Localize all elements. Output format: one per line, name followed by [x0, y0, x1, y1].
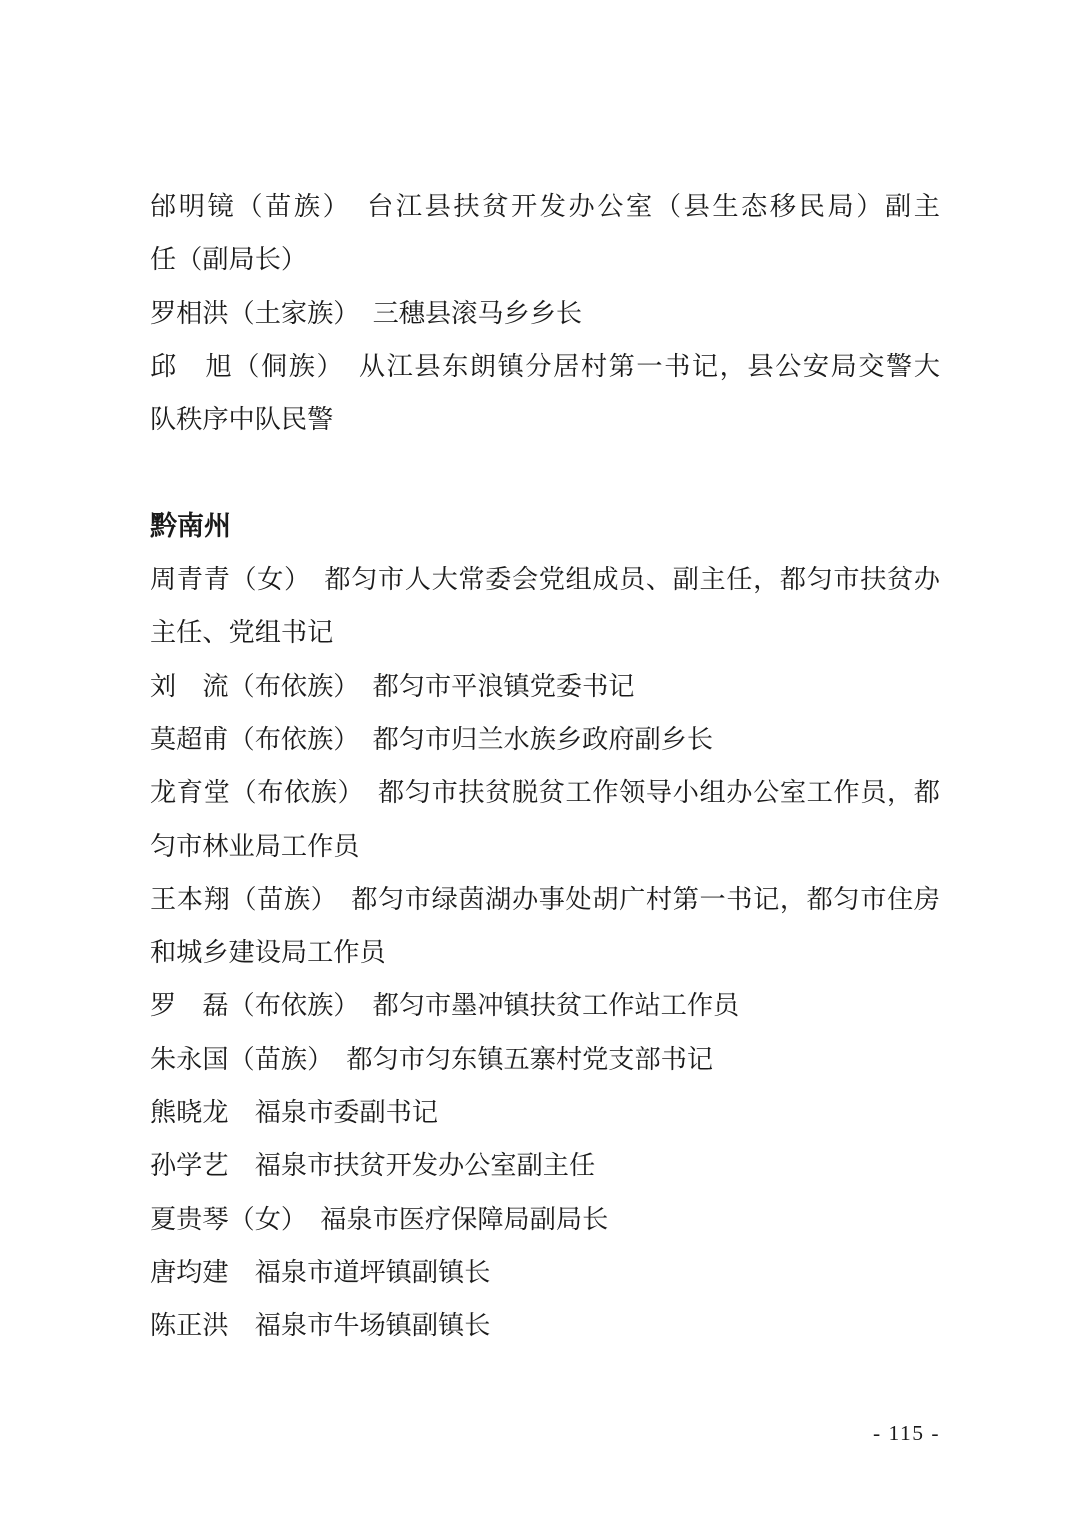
entry-line: 和城乡建设局工作员 [150, 926, 940, 979]
entry-line: 夏贵琴（女） 福泉市医疗保障局副局长 [150, 1193, 940, 1246]
section-heading: 黔南州 [150, 500, 940, 553]
list-entry: 邰明镜（苗族） 台江县扶贫开发办公室（县生态移民局）副主任（副局长） [150, 180, 940, 287]
entry-line: 孙学艺 福泉市扶贫开发办公室副主任 [150, 1139, 940, 1192]
entry-line: 刘 流（布依族） 都匀市平浪镇党委书记 [150, 660, 940, 713]
list-entry: 罗相洪（土家族） 三穗县滚马乡乡长 [150, 287, 940, 340]
list-entry: 邱 旭（侗族） 从江县东朗镇分居村第一书记，县公安局交警大队秩序中队民警 [150, 340, 940, 447]
entry-line: 邱 旭（侗族） 从江县东朗镇分居村第一书记，县公安局交警大 [150, 340, 940, 393]
list-entry: 陈正洪 福泉市牛场镇副镇长 [150, 1299, 940, 1352]
entry-line: 周青青（女） 都匀市人大常委会党组成员、副主任，都匀市扶贫办 [150, 553, 940, 606]
entry-line: 罗 磊（布依族） 都匀市墨冲镇扶贫工作站工作员 [150, 979, 940, 1032]
entry-line: 唐均建 福泉市道坪镇副镇长 [150, 1246, 940, 1299]
list-entry: 周青青（女） 都匀市人大常委会党组成员、副主任，都匀市扶贫办主任、党组书记 [150, 553, 940, 660]
entry-line: 龙育堂（布依族） 都匀市扶贫脱贫工作领导小组办公室工作员，都 [150, 766, 940, 819]
entry-line: 陈正洪 福泉市牛场镇副镇长 [150, 1299, 940, 1352]
entry-line: 匀市林业局工作员 [150, 820, 940, 873]
entry-line: 任（副局长） [150, 233, 940, 286]
list-entry: 罗 磊（布依族） 都匀市墨冲镇扶贫工作站工作员 [150, 979, 940, 1032]
page-number: - 115 - [873, 1421, 940, 1446]
list-entry: 龙育堂（布依族） 都匀市扶贫脱贫工作领导小组办公室工作员，都匀市林业局工作员 [150, 766, 940, 873]
list-entry: 刘 流（布依族） 都匀市平浪镇党委书记 [150, 660, 940, 713]
document-page: 邰明镜（苗族） 台江县扶贫开发办公室（县生态移民局）副主任（副局长）罗相洪（土家… [0, 0, 1080, 1527]
list-entry: 熊晓龙 福泉市委副书记 [150, 1086, 940, 1139]
entry-line: 朱永国（苗族） 都匀市匀东镇五寨村党支部书记 [150, 1033, 940, 1086]
list-entry: 唐均建 福泉市道坪镇副镇长 [150, 1246, 940, 1299]
entry-line: 邰明镜（苗族） 台江县扶贫开发办公室（县生态移民局）副主 [150, 180, 940, 233]
list-entry: 王本翔（苗族） 都匀市绿茵湖办事处胡广村第一书记，都匀市住房和城乡建设局工作员 [150, 873, 940, 980]
list-entry: 莫超甫（布依族） 都匀市归兰水族乡政府副乡长 [150, 713, 940, 766]
document-body: 邰明镜（苗族） 台江县扶贫开发办公室（县生态移民局）副主任（副局长）罗相洪（土家… [150, 180, 940, 1353]
entry-line: 熊晓龙 福泉市委副书记 [150, 1086, 940, 1139]
entry-line: 罗相洪（土家族） 三穗县滚马乡乡长 [150, 287, 940, 340]
list-entry: 夏贵琴（女） 福泉市医疗保障局副局长 [150, 1193, 940, 1246]
list-entry: 朱永国（苗族） 都匀市匀东镇五寨村党支部书记 [150, 1033, 940, 1086]
entry-line: 王本翔（苗族） 都匀市绿茵湖办事处胡广村第一书记，都匀市住房 [150, 873, 940, 926]
entry-line: 莫超甫（布依族） 都匀市归兰水族乡政府副乡长 [150, 713, 940, 766]
entry-line: 主任、党组书记 [150, 606, 940, 659]
list-entry: 孙学艺 福泉市扶贫开发办公室副主任 [150, 1139, 940, 1192]
entry-line: 队秩序中队民警 [150, 393, 940, 446]
